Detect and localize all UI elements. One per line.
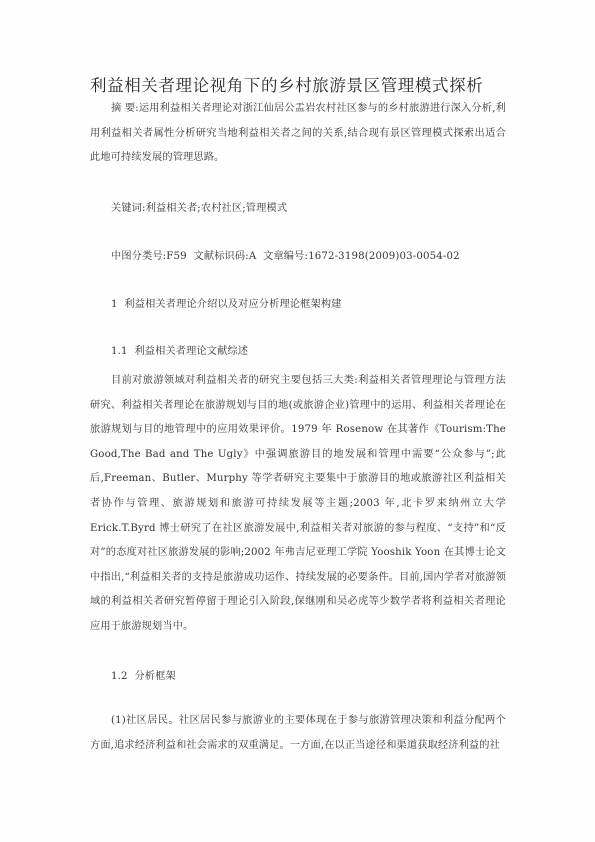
article-no-label: 文章编号: [263,251,308,262]
keywords-text: 利益相关者;农村社区;管理模式 [146,203,288,214]
abstract-label: 摘 要: [111,103,139,114]
doc-code-label: 文献标识码: [194,251,249,262]
doc-code-value: A [249,251,257,262]
section-title: 分析框架 [134,671,175,682]
paragraph-analysis-framework: (1)社区居民。社区居民参与旅游业的主要体现在于参与旅游管理决策和利益分配两个方… [90,709,506,758]
document-title: 利益相关者理论视角下的乡村旅游景区管理模式探析 [90,74,508,98]
document-page: 利益相关者理论视角下的乡村旅游景区管理模式探析 摘 要:运用利益相关者理论对浙江… [0,0,595,842]
classification-line: 中图分类号:F59 文献标识码:A 文章编号:1672-3198(2009)03… [111,250,460,264]
abstract-text: 运用利益相关者理论对浙江仙居公盂岩农村社区参与的乡村旅游进行深入分析,利用利益相… [90,103,506,163]
article-no-value: 1672-3198(2009)03-0054-02 [308,251,460,262]
keywords: 关键词:利益相关者;农村社区;管理模式 [111,202,287,216]
keywords-label: 关键词: [111,203,146,214]
section-title: 利益相关者理论文献综述 [134,346,248,357]
section-number: 1.2 [111,671,128,682]
section-heading-1-2: 1.2 分析框架 [111,670,176,684]
abstract: 摘 要:运用利益相关者理论对浙江仙居公盂岩农村社区参与的乡村旅游进行深入分析,利… [90,97,506,171]
clc-label: 中图分类号: [111,251,166,262]
clc-value: F59 [166,251,186,262]
section-number: 1 [111,299,118,310]
paragraph-literature-review: 目前对旅游领域对利益相关者的研究主要包括三大类:利益相关者管理理论与管理方法研究… [90,369,506,640]
section-heading-1: 1 利益相关者理论介绍以及对应分析理论框架构建 [111,298,342,312]
section-number: 1.1 [111,346,128,357]
section-title: 利益相关者理论介绍以及对应分析理论框架构建 [124,299,341,310]
section-heading-1-1: 1.1 利益相关者理论文献综述 [111,345,248,359]
